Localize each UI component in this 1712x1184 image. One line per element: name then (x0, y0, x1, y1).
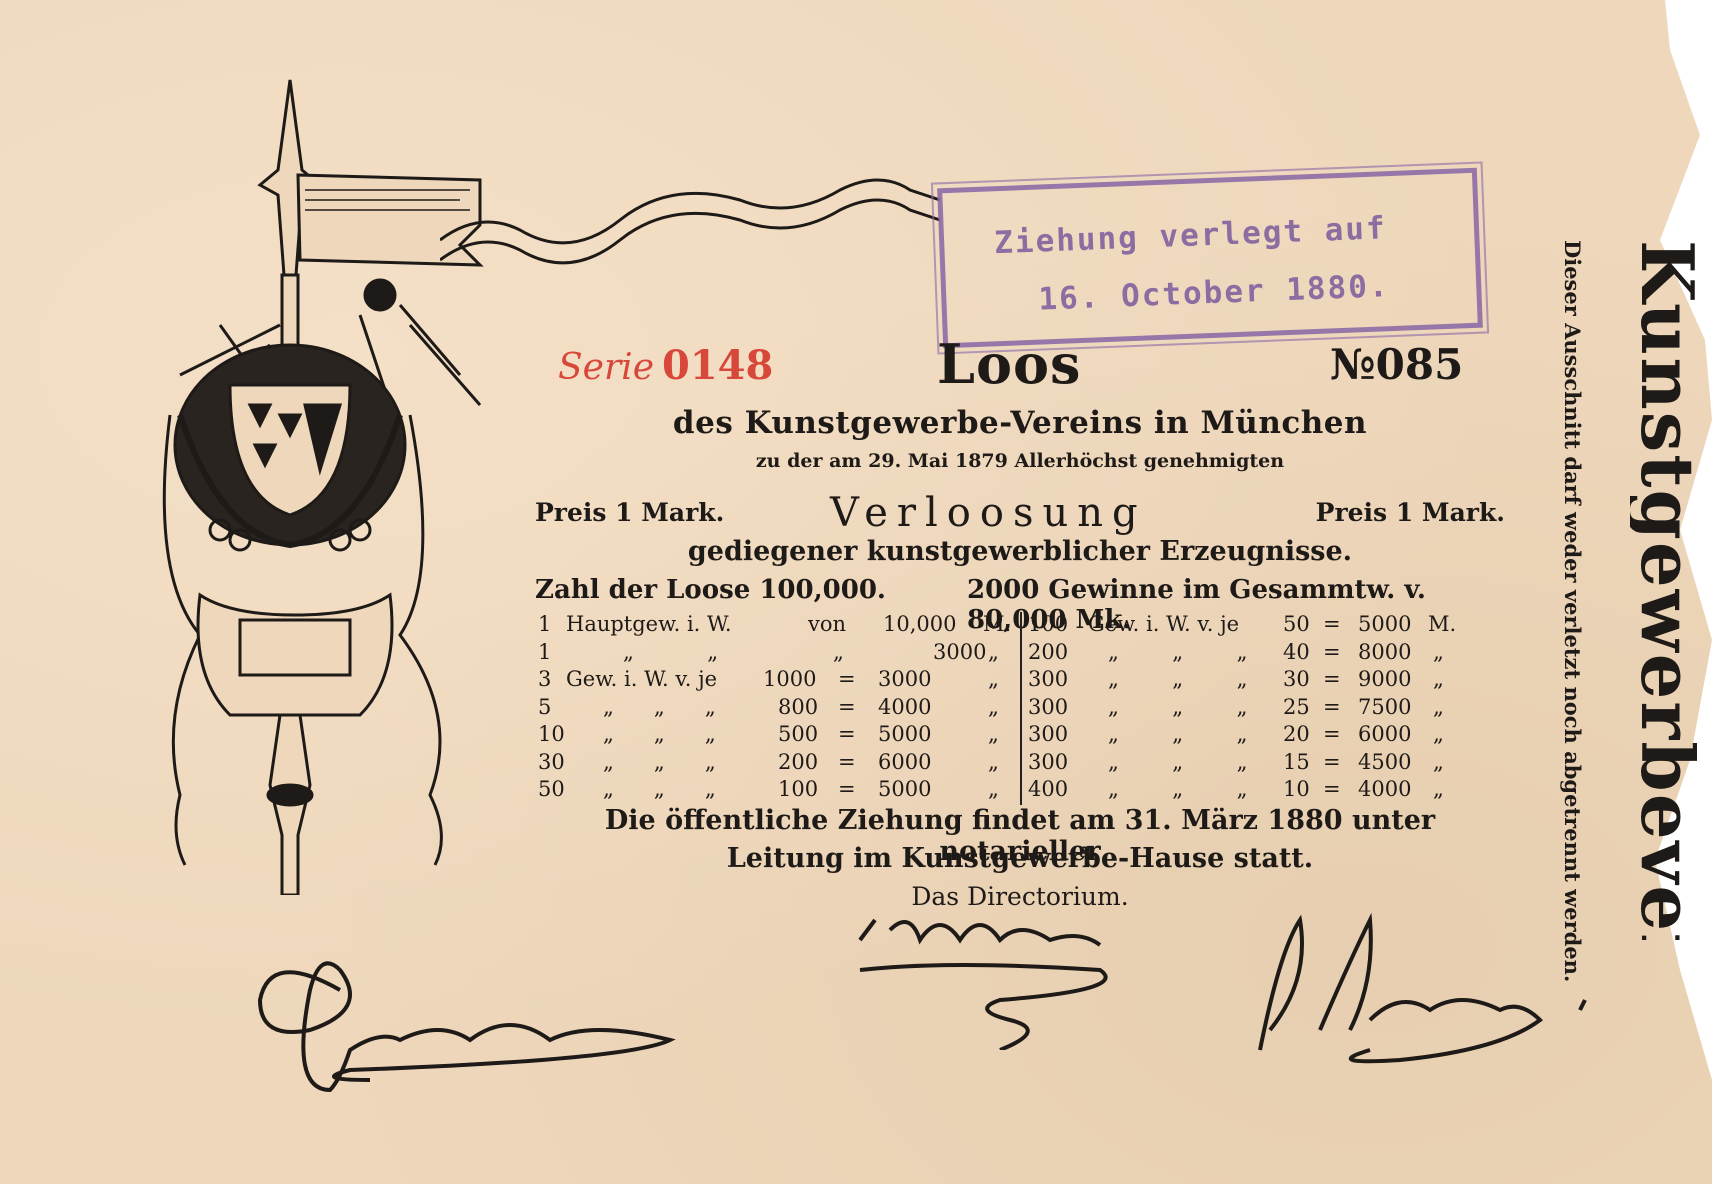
approval-line: zu der am 29. Mai 1879 Allerhöchst geneh… (530, 450, 1510, 472)
prize-column-left: 1Hauptgew. i. W.von10,000M. 1„ „„3000„ 3… (538, 612, 1013, 805)
price-right: Preis 1 Mark. (1316, 498, 1505, 527)
ticket-number: №085 (1330, 340, 1463, 389)
table-row: 300„ „ „30=9000„ (1028, 667, 1498, 695)
postponement-stamp: Ziehung verlegt auf 16. October 1880. (937, 168, 1483, 349)
goods-description: gediegener kunstgewerblicher Erzeugnisse… (530, 536, 1510, 567)
table-row: 50„ „ „100=5000„ (538, 777, 1013, 805)
table-row: 5„ „ „800=4000„ (538, 695, 1013, 723)
table-row: 1Hauptgew. i. W.von10,000M. (538, 612, 1013, 640)
side-note: Dieser Ausschnitt darf weder verletzt no… (1545, 240, 1585, 880)
side-note-text: Dieser Ausschnitt darf weder verletzt no… (1560, 240, 1585, 880)
signature-3-icon (1200, 900, 1600, 1070)
table-row: 300„ „ „20=6000„ (1028, 722, 1498, 750)
lottery-heading: Verloosung (830, 490, 1147, 536)
serie-label: Serie0148 (558, 342, 773, 389)
price-row: Preis 1 Mark. Verloosung Preis 1 Mark. (535, 490, 1505, 536)
signature-1-icon (250, 930, 720, 1100)
signature-2-icon (850, 900, 1180, 1050)
ticket-count: Zahl der Loose 100,000. (535, 575, 886, 605)
table-row: 1„ „„3000„ (538, 640, 1013, 668)
stamp-line-2: 16. October 1880. (1038, 268, 1390, 317)
summary-row: Zahl der Loose 100,000. 2000 Gewinne im … (535, 575, 1505, 605)
stub-text: Kunstgewerbeverein (1630, 240, 1710, 940)
table-row: 30„ „ „200=6000„ (538, 750, 1013, 778)
price-left: Preis 1 Mark. (535, 498, 724, 527)
table-row: 3Gew. i. W. v. je1000=3000„ (538, 667, 1013, 695)
serie-text: Serie (558, 347, 654, 388)
table-row: 10„ „ „500=5000„ (538, 722, 1013, 750)
association-name: des Kunstgewerbe-Vereins in München (530, 405, 1510, 441)
table-row: 400„ „ „10=4000„ (1028, 777, 1498, 805)
table-row: 100Gew. i. W. v. je50=5000M. (1028, 612, 1498, 640)
stamp-line-1: Ziehung verlegt auf (994, 210, 1388, 261)
drawing-location: Leitung im Kunstgewerbe-Hause statt. (530, 843, 1510, 874)
table-row: 300„ „ „25=7500„ (1028, 695, 1498, 723)
serie-number: 0148 (662, 342, 773, 389)
ticket-title: Loos (937, 332, 1081, 396)
table-row: 300„ „ „15=4500„ (1028, 750, 1498, 778)
ticket-stub: Kunstgewerbeverein (1630, 240, 1710, 940)
ribbon-banner-icon (440, 170, 960, 290)
table-row: 200„ „ „40=8000„ (1028, 640, 1498, 668)
prize-column-right: 100Gew. i. W. v. je50=5000M. 200„ „ „40=… (1020, 612, 1498, 805)
